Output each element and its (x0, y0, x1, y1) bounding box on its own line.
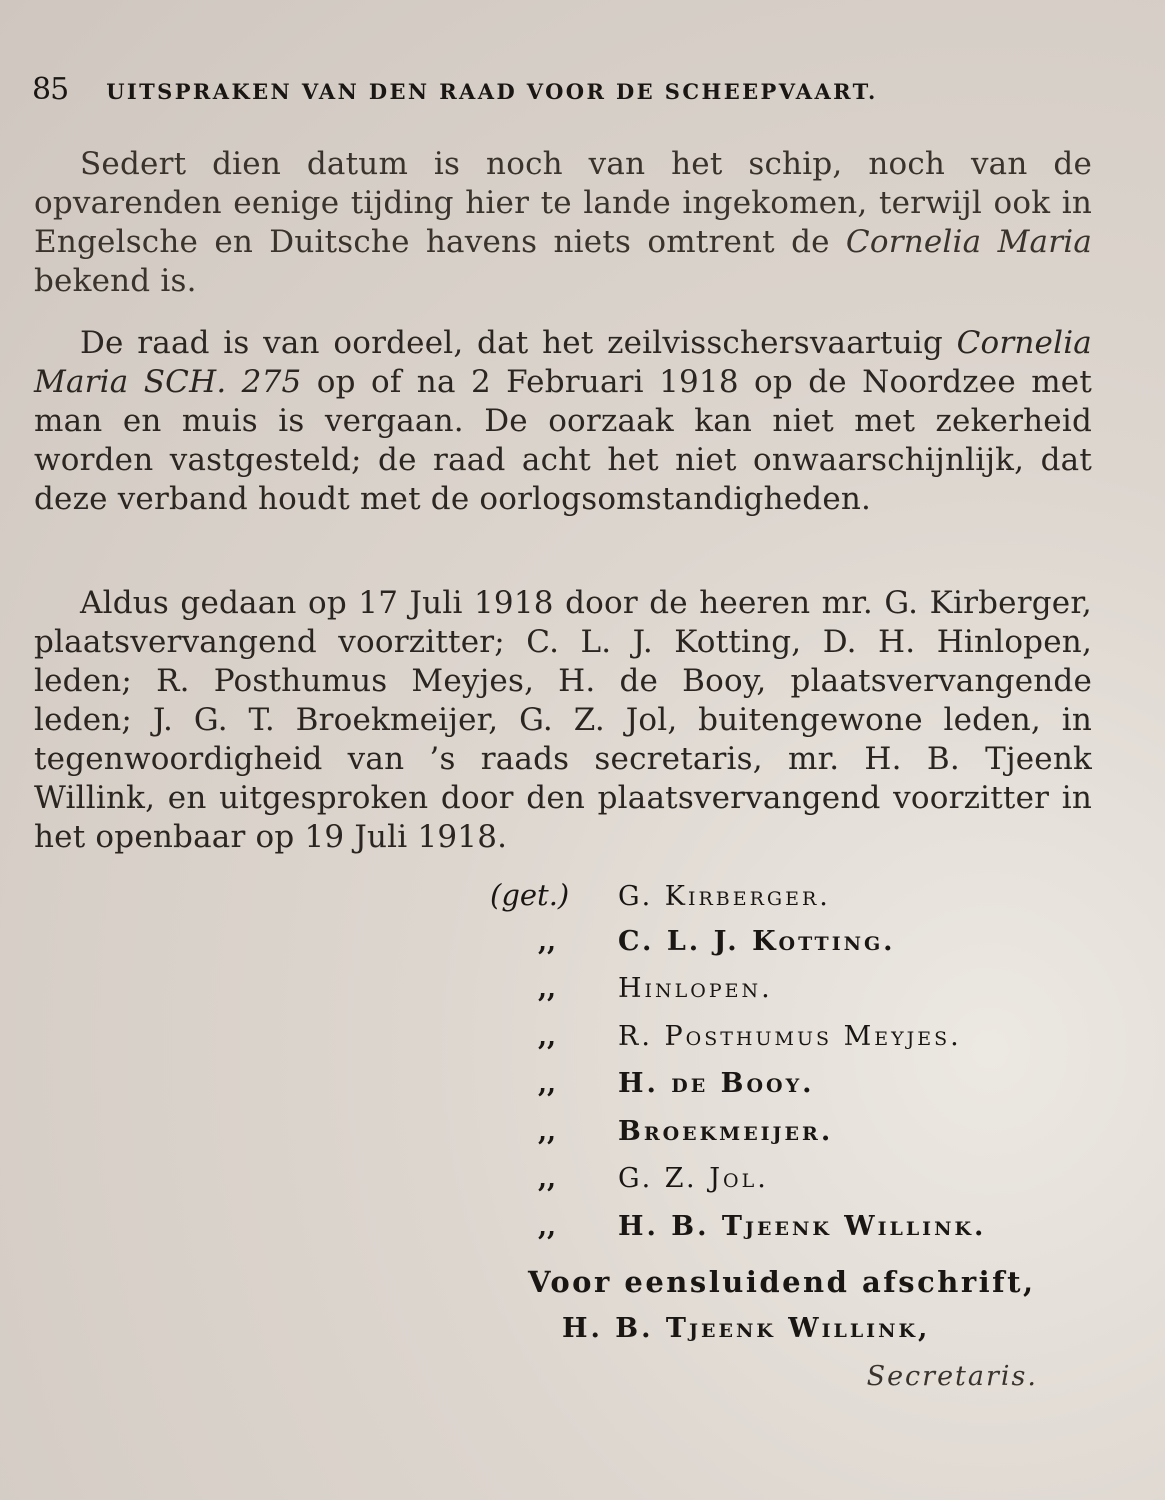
signatory-name: Broekmeijer. (618, 1116, 833, 1147)
signature-list: (get.) G. Kirberger. ,, C. L. J. Kotting… (490, 878, 1090, 1258)
signatory-name: H. de Booy. (618, 1068, 815, 1099)
paragraph-2: De raad is van oordeel, dat het zeilviss… (34, 324, 1092, 519)
attestation-line: Voor eensluidend afschrift, (528, 1265, 1048, 1313)
signatory-name: R. Posthumus Meyjes. (618, 1021, 962, 1052)
signatory-name: G. Kirberger. (618, 881, 831, 912)
signature-row: ,, G. Z. Jol. (490, 1163, 1090, 1211)
signature-row: ,, C. L. J. Kotting. (490, 926, 1090, 974)
signature-row: ,, H. de Booy. (490, 1068, 1090, 1116)
ditto-mark: ,, (490, 1069, 618, 1099)
running-head-title: UITSPRAKEN VAN DEN RAAD VOOR DE SCHEEPVA… (106, 79, 877, 104)
signature-row: ,, Broekmeijer. (490, 1116, 1090, 1164)
ditto-mark: ,, (490, 1164, 618, 1194)
attestation: Voor eensluidend afschrift, H. B. Tjeenk… (528, 1265, 1048, 1392)
running-head: 85 UITSPRAKEN VAN DEN RAAD VOOR DE SCHEE… (32, 72, 1132, 107)
secretary-role: Secretaris. (528, 1361, 1048, 1392)
ship-name: Cornelia Maria (846, 224, 1092, 260)
ditto-mark: ,, (490, 927, 618, 957)
secretary-name: H. B. Tjeenk Willink, (528, 1313, 1048, 1361)
signatory-name: H. B. Tjeenk Willink. (618, 1211, 986, 1242)
ditto-mark: ,, (490, 1022, 618, 1052)
signature-row: ,, H. B. Tjeenk Willink. (490, 1211, 1090, 1259)
paragraph-text: bekend is. (34, 263, 197, 299)
signatory-name: Hinlopen. (618, 973, 773, 1004)
page-number: 85 (32, 72, 68, 107)
ditto-mark: ,, (490, 1117, 618, 1147)
ditto-mark: ,, (490, 1212, 618, 1242)
signature-row: ,, R. Posthumus Meyjes. (490, 1021, 1090, 1069)
book-page: 85 UITSPRAKEN VAN DEN RAAD VOOR DE SCHEE… (0, 0, 1165, 1500)
signatory-name: C. L. J. Kotting. (618, 926, 896, 957)
signatory-name: G. Z. Jol. (618, 1163, 769, 1194)
signature-row: ,, Hinlopen. (490, 973, 1090, 1021)
paragraph-1: Sedert dien datum is noch van het schip,… (34, 145, 1092, 301)
paragraph-text: De raad is van oordeel, dat het zeilviss… (80, 325, 957, 361)
paragraph-3: Aldus gedaan op 17 Juli 1918 door de hee… (34, 584, 1092, 857)
signed-mark: (get.) (490, 878, 618, 912)
signature-row: (get.) G. Kirberger. (490, 878, 1090, 926)
ditto-mark: ,, (490, 974, 618, 1004)
